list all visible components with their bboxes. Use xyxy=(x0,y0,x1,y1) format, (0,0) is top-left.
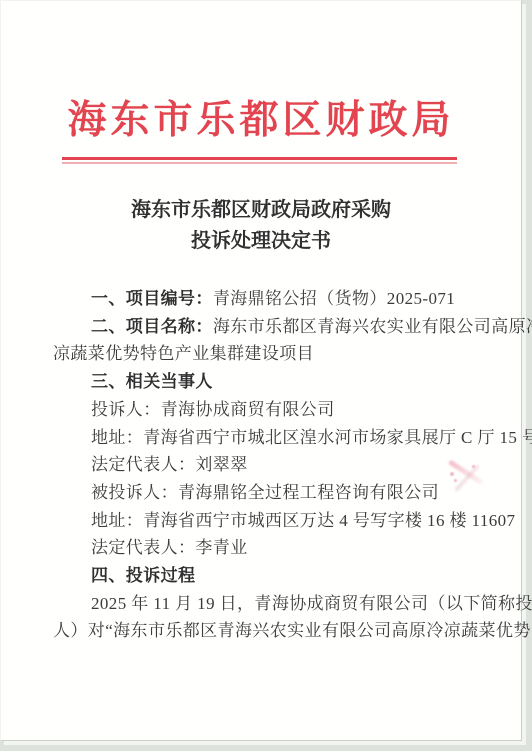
body-line: 四、投诉过程 xyxy=(53,562,473,590)
letterhead-rule-thick xyxy=(62,157,457,160)
line-text: 法定代表人：李青业 xyxy=(91,538,248,557)
body-line: 二、项目名称：海东市乐都区青海兴农实业有限公司高原冷 xyxy=(53,313,473,341)
line-text: 海东市乐都区青海兴农实业有限公司高原冷 xyxy=(213,317,532,336)
document-title: 海东市乐都区财政局政府采购 投诉处理决定书 xyxy=(1,195,521,257)
document-title-line2: 投诉处理决定书 xyxy=(1,226,521,257)
line-text: 地址：青海省西宁市城西区万达 4 号写字楼 16 楼 11607 xyxy=(91,511,515,530)
letterhead-rule-thin xyxy=(62,162,457,164)
section-label: 一、项目编号： xyxy=(91,289,213,308)
section-label: 三、相关当事人 xyxy=(91,372,213,391)
letterhead-title: 海东市乐都区财政局 xyxy=(1,89,521,145)
document-title-line1: 海东市乐都区财政局政府采购 xyxy=(1,195,521,226)
line-text: 青海鼎铭公招（货物）2025-071 xyxy=(213,289,455,308)
body-line: 法定代表人：刘翠翠 xyxy=(53,451,473,479)
line-text: 凉蔬菜优势特色产业集群建设项目 xyxy=(53,344,314,363)
document-page: 海东市乐都区财政局 海东市乐都区财政局政府采购 投诉处理决定书 一、项目编号：青… xyxy=(0,0,522,741)
section-label: 二、项目名称： xyxy=(91,317,213,336)
line-text: 2025 年 11 月 19 日，青海协成商贸有限公司（以下简称投诉 xyxy=(91,594,532,613)
body-line: 法定代表人：李青业 xyxy=(53,534,473,562)
line-text: 投诉人：青海协成商贸有限公司 xyxy=(91,400,335,419)
body-line: 人）对“海东市乐都区青海兴农实业有限公司高原冷凉蔬菜优势 xyxy=(53,617,473,645)
body-line: 地址：青海省西宁市城北区湟水河市场家具展厅 C 厅 15 号 xyxy=(53,424,473,452)
body-line: 凉蔬菜优势特色产业集群建设项目 xyxy=(53,340,473,368)
document-body: 一、项目编号：青海鼎铭公招（货物）2025-071 二、项目名称：海东市乐都区青… xyxy=(53,285,473,645)
line-text: 人）对“海东市乐都区青海兴农实业有限公司高原冷凉蔬菜优势 xyxy=(53,621,531,640)
body-line: 投诉人：青海协成商贸有限公司 xyxy=(53,396,473,424)
body-line: 2025 年 11 月 19 日，青海协成商贸有限公司（以下简称投诉 xyxy=(53,590,473,618)
section-label: 四、投诉过程 xyxy=(91,566,195,585)
body-line: 三、相关当事人 xyxy=(53,368,473,396)
body-line: 被投诉人：青海鼎铭全过程工程咨询有限公司 xyxy=(53,479,473,507)
line-text: 被投诉人：青海鼎铭全过程工程咨询有限公司 xyxy=(91,483,439,502)
body-line: 一、项目编号：青海鼎铭公招（货物）2025-071 xyxy=(53,285,473,313)
body-line: 地址：青海省西宁市城西区万达 4 号写字楼 16 楼 11607 xyxy=(53,507,473,535)
scanned-document-page: { "document": { "letterhead": "海东市乐都区财政局… xyxy=(0,0,532,751)
line-text: 地址：青海省西宁市城北区湟水河市场家具展厅 C 厅 15 号 xyxy=(91,428,532,447)
line-text: 法定代表人：刘翠翠 xyxy=(91,455,248,474)
